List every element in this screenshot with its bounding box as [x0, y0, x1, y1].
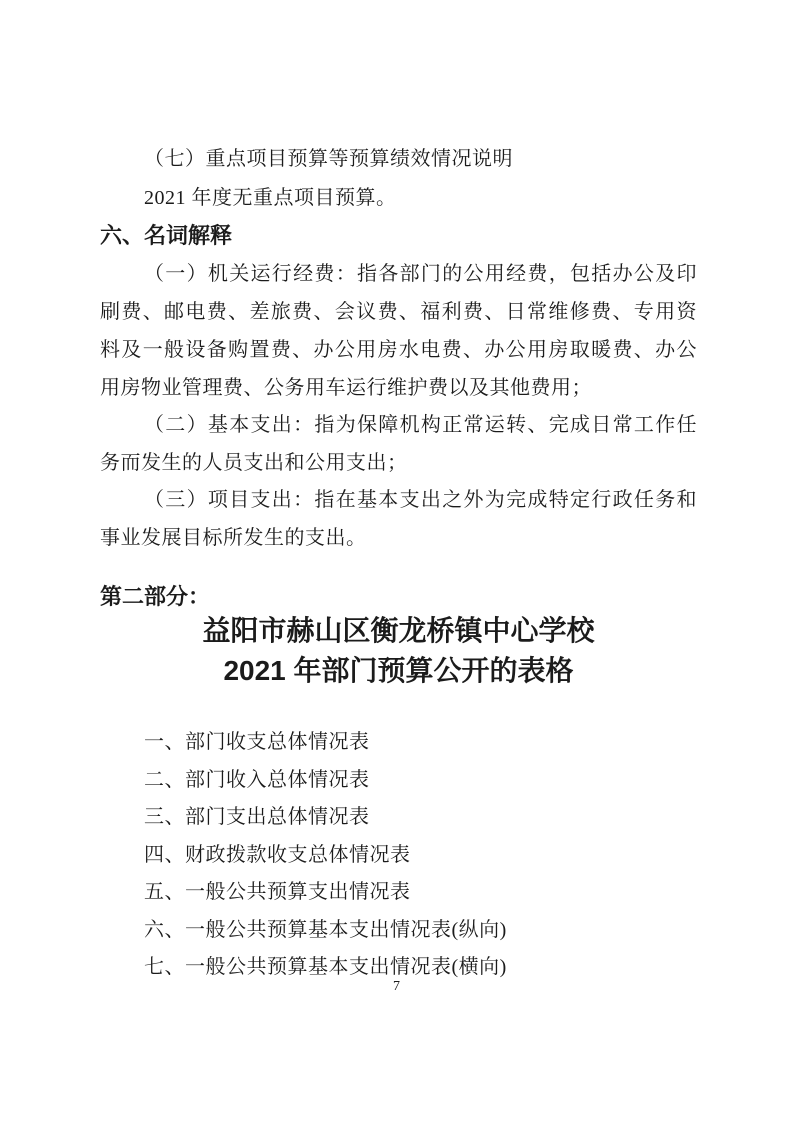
definition-2-line-2: 务而发生的人员支出和公用支出；	[100, 448, 697, 478]
part-2-title-tables: 2021 年部门预算公开的表格	[100, 652, 697, 690]
page-number: 7	[0, 978, 793, 996]
part-2-label: 第二部分：	[100, 582, 697, 612]
section-6-heading: 六、名词解释	[100, 221, 697, 251]
clause-7-body: 2021 年度无重点项目预算。	[100, 183, 697, 213]
table-list-item-2: 二、部门收入总体情况表	[100, 765, 697, 795]
document-page: （七）重点项目预算等预算绩效情况说明 2021 年度无重点项目预算。 六、名词解…	[0, 0, 793, 1122]
definition-1-line-2: 刷费、邮电费、差旅费、会议费、福利费、日常维修费、专用资	[100, 297, 697, 327]
definition-1-line-3: 料及一般设备购置费、办公用房水电费、办公用房取暖费、办公	[100, 335, 697, 365]
definition-3-line-1: （三）项目支出：指在基本支出之外为完成特定行政任务和	[100, 485, 697, 515]
table-list-item-4: 四、财政拨款收支总体情况表	[100, 840, 697, 870]
clause-7-heading: （七）重点项目预算等预算绩效情况说明	[100, 144, 697, 174]
part-2-title-school: 益阳市赫山区衡龙桥镇中心学校	[100, 612, 697, 650]
table-list-item-3: 三、部门支出总体情况表	[100, 802, 697, 832]
table-list-item-5: 五、一般公共预算支出情况表	[100, 877, 697, 907]
table-list-item-1: 一、部门收支总体情况表	[100, 727, 697, 757]
definition-3-line-2: 事业发展目标所发生的支出。	[100, 523, 697, 553]
table-list-item-6: 六、一般公共预算基本支出情况表(纵向)	[100, 915, 697, 945]
definition-2-line-1: （二）基本支出：指为保障机构正常运转、完成日常工作任	[100, 410, 697, 440]
definition-1-line-1: （一）机关运行经费：指各部门的公用经费，包括办公及印	[100, 259, 697, 289]
definition-1-line-4: 用房物业管理费、公务用车运行维护费以及其他费用；	[100, 373, 697, 403]
